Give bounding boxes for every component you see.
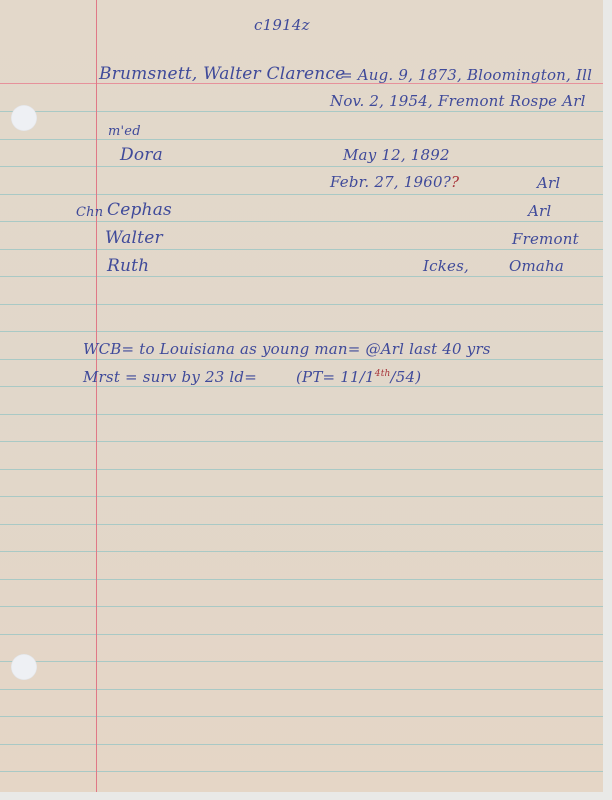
rule-line: [0, 551, 603, 552]
rule-line: [0, 194, 603, 195]
rule-line: [0, 606, 603, 607]
left-margin-line: [96, 0, 97, 792]
spouse-birth: May 12, 1892: [343, 146, 450, 164]
child-place: Omaha: [509, 257, 564, 275]
rule-line: [0, 661, 603, 662]
spouse-name: Dora: [120, 145, 163, 165]
punch-hole-top: [11, 105, 37, 131]
child-name: Walter: [105, 228, 163, 248]
rule-line: [0, 771, 603, 772]
subject-birth: = Aug. 9, 1873, Bloomington, Ill: [340, 66, 592, 84]
rule-line: [0, 579, 603, 580]
spouse-label: m'ed: [108, 124, 141, 139]
children-label: Chn: [76, 205, 103, 220]
rule-line: [0, 139, 603, 140]
rule-line: [0, 716, 603, 717]
child-name: Ruth: [107, 256, 149, 276]
rule-line: [0, 689, 603, 690]
rule-line: [0, 441, 603, 442]
spouse-place: Arl: [537, 174, 560, 192]
uncertain-mark: ?: [451, 173, 459, 191]
subject-name: Brumsnett, Walter Clarence: [99, 64, 345, 84]
rule-line: [0, 359, 603, 360]
rule-line: [0, 496, 603, 497]
rule-line: [0, 744, 603, 745]
note-line-1: WCB= to Louisiana as young man= @Arl las…: [83, 340, 491, 358]
rule-line: [0, 386, 603, 387]
child-place: Arl: [528, 202, 551, 220]
rule-line: [0, 524, 603, 525]
rule-line: [0, 111, 603, 112]
rule-line: [0, 414, 603, 415]
rule-line: [0, 304, 603, 305]
spouse-death: Febr. 27, 1960??: [330, 173, 459, 191]
ordinal-annotation: 4th: [375, 369, 391, 379]
notebook-paper: c1914z Brumsnett, Walter Clarence = Aug.…: [0, 0, 603, 792]
rule-line: [0, 469, 603, 470]
rule-line: [0, 249, 603, 250]
subject-death: Nov. 2, 1954, Fremont Rospe Arl: [330, 92, 586, 110]
rule-line: [0, 166, 603, 167]
child-place: Fremont: [512, 230, 579, 248]
rule-line: [0, 634, 603, 635]
child-married-name: Ickes,: [423, 257, 469, 275]
punch-hole-bottom: [11, 654, 37, 680]
date-note: c1914z: [254, 16, 310, 34]
rule-line: [0, 221, 603, 222]
rule-line: [0, 331, 603, 332]
note-line-2: Mrst = surv by 23 ld=: [83, 368, 257, 386]
rule-line: [0, 276, 603, 277]
child-name: Cephas: [107, 200, 172, 220]
note-reference: (PT= 11/14th/54): [296, 368, 421, 386]
